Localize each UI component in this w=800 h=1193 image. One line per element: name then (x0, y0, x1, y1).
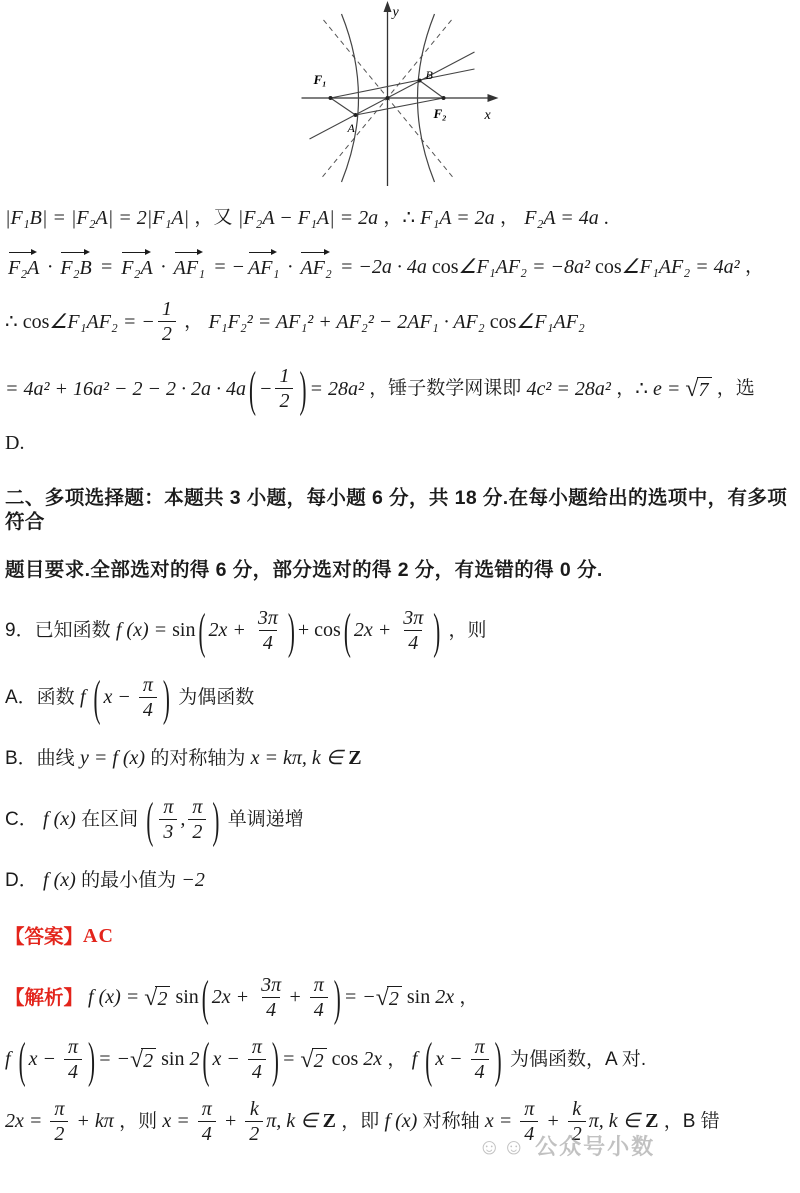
text-run: C． (5, 808, 43, 832)
solution-line-4: = 4a² + 16a² − 2 − 2 · 2a · 4a(−12)= 28a… (5, 363, 792, 415)
fraction: π4 (310, 974, 328, 1022)
option-c: C． f (x) 在区间 (π3,π2) 单调递增 (5, 794, 792, 846)
fraction-denominator: 4 (404, 630, 422, 655)
line-f1b (331, 69, 475, 98)
text-run: B．曲线 (5, 747, 80, 771)
fraction-denominator: 2 (158, 321, 176, 346)
option-d: D． f (x) 的最小值为 −2 (5, 868, 792, 894)
text-run: x = (485, 1109, 517, 1134)
text-run: f (x) = (116, 618, 172, 643)
text-run: x − (104, 685, 136, 710)
fraction-denominator: 2 (245, 1121, 263, 1146)
left-paren: ( (94, 667, 101, 729)
text-run: cos (327, 1047, 359, 1072)
text-run: , (180, 807, 185, 832)
fraction-numerator: k (568, 1098, 585, 1121)
text-run: 2x (358, 1047, 382, 1072)
text-run: + kπ (71, 1109, 113, 1134)
text-run: 单调递增 (222, 808, 303, 832)
text-run: Z (348, 746, 361, 771)
fraction-denominator: 2 (188, 819, 206, 844)
text-run: 为偶函数 (173, 686, 254, 710)
text-run: = − (344, 985, 376, 1010)
fraction-numerator: 1 (158, 298, 176, 321)
text-run: − (259, 377, 273, 402)
text-run: cos (595, 255, 622, 280)
text-run: D. (5, 431, 24, 456)
text-run: + (541, 1109, 565, 1134)
right-paren: ) (433, 600, 440, 662)
fraction: k2 (245, 1098, 263, 1146)
fraction: π4 (198, 1098, 216, 1146)
text-run: f (412, 1047, 423, 1072)
fraction: π2 (188, 796, 206, 844)
text-run: 2x + (354, 618, 396, 643)
fraction-numerator: π (159, 796, 177, 819)
vector: F₂A (121, 253, 152, 281)
text-run: Z (645, 1109, 658, 1134)
fraction: π4 (520, 1098, 538, 1146)
square-root: √2 (376, 986, 402, 1010)
text-run: sin (170, 985, 198, 1010)
text-run: ∠F₁AF₂ (516, 310, 585, 335)
question-9: 9．已知函数 f (x) = sin(2x + 3π4)+ cos(2x + 3… (5, 605, 792, 657)
text-run: ， (382, 1048, 412, 1072)
text-run: + (219, 1109, 243, 1134)
fraction: 3π4 (399, 607, 427, 655)
text-run: = (95, 255, 119, 280)
text-run: ，则 (443, 619, 486, 643)
radicand: 2 (141, 1048, 156, 1072)
fraction-denominator: 4 (248, 1059, 266, 1084)
text-run: |F₁B| = |F₂A| = 2|F₁A| (5, 206, 189, 231)
text-run: ，B 错 (658, 1110, 719, 1134)
solution-line-3: ∴ cos∠F₁AF₂ = −12 ， F₁F₂² = AF₁² + AF₂² … (5, 296, 792, 348)
y-axis-arrow-icon (384, 1, 392, 12)
solution-line-1: |F₁B| = |F₂A| = 2|F₁A| ，又 |F₂A − F₁A| = … (5, 205, 792, 231)
text-run: 的对称轴为 (145, 747, 251, 771)
text-run: AC (83, 924, 114, 949)
hyperbola-svg: y x F₁ F₂ A B (283, 0, 503, 190)
left-paren: ( (202, 967, 209, 1029)
fraction: π4 (64, 1036, 82, 1084)
text-run: cos (432, 255, 459, 280)
fraction: π4 (248, 1036, 266, 1084)
text-run: 9．已知函数 (5, 619, 116, 643)
text-run: 为偶函数，A 对. (505, 1048, 646, 1072)
right-paren: ) (88, 1029, 95, 1091)
label-f1: F₁ (313, 72, 327, 87)
fraction-numerator: π (520, 1098, 538, 1121)
right-paren: ) (334, 967, 341, 1029)
text-run: ∠F₁AF₂ = −8a² (459, 255, 595, 280)
fraction: k2 (568, 1098, 586, 1146)
text-run: |F₂A − F₁A| = 2a (238, 206, 378, 231)
text-run: π, k ∈ (266, 1109, 322, 1134)
fraction-denominator: 4 (198, 1121, 216, 1146)
text-run: F₁A = 2a (420, 206, 495, 231)
left-paren: ( (202, 1029, 209, 1091)
fraction: 12 (275, 365, 293, 413)
fraction: π3 (159, 796, 177, 844)
text-run: sin (402, 985, 430, 1010)
text-run: f (x) (43, 807, 76, 832)
fraction-numerator: 1 (275, 365, 293, 388)
fraction: 3π4 (257, 974, 285, 1022)
text-run: ， (740, 255, 764, 279)
text-run: f (x) (43, 868, 76, 893)
answer: 【答案】AC (5, 924, 792, 950)
text-run: x − (29, 1047, 61, 1072)
right-paren: ) (163, 667, 170, 729)
left-paren: ( (344, 600, 351, 662)
radicand: 2 (312, 1048, 327, 1072)
text-run: sin (156, 1047, 184, 1072)
vector: F₂A (8, 253, 39, 281)
text-run: 2x (430, 985, 454, 1010)
fraction: 12 (158, 298, 176, 346)
label-b: B (426, 68, 434, 82)
fraction-numerator: π (188, 796, 206, 819)
fraction-numerator: 3π (257, 974, 285, 997)
text-run: = 28a² (309, 377, 364, 402)
fraction-denominator: 4 (139, 697, 157, 722)
text-run: 在区间 (76, 808, 144, 832)
label-f2: F₂ (433, 106, 447, 121)
text-run: ，又 (189, 206, 238, 230)
point-b (418, 79, 422, 83)
square-root: √2 (144, 986, 170, 1010)
text-run: ， (179, 310, 209, 334)
fraction-numerator: π (471, 1036, 489, 1059)
fraction: π2 (50, 1098, 68, 1146)
right-paren: ) (288, 600, 295, 662)
fraction-denominator: 4 (471, 1059, 489, 1084)
x-axis-arrow-icon (488, 94, 499, 102)
text-run: 二、多项选择题：本题共 3 小题，每小题 6 分，共 18 分.在每小题给出的选… (5, 486, 792, 535)
text-run: 对称轴 (417, 1110, 485, 1134)
vector: F₂B (60, 253, 91, 281)
text-run: . (599, 206, 609, 231)
analysis-line-2: f (x − π4)= −√2 sin 2(x − π4)= √2 cos 2x… (5, 1034, 792, 1086)
text-run: ，选 (712, 377, 755, 401)
right-paren: ) (299, 358, 306, 420)
text-run: + (288, 985, 307, 1010)
text-run: ∠F₁AF₂ = 4a² (622, 255, 740, 280)
text-run: · (156, 255, 171, 280)
section-heading-1: 二、多项选择题：本题共 3 小题，每小题 6 分，共 18 分.在每小题给出的选… (5, 486, 792, 535)
text-run: Z (323, 1109, 336, 1134)
page: { "colors": { "accent_red": "#e3241b", "… (0, 0, 800, 1193)
text-run: e = (653, 377, 685, 402)
vector: AF₂ (300, 253, 331, 281)
text-run: 【解析】 (5, 986, 83, 1010)
option-b: B．曲线 y = f (x) 的对称轴为 x = kπ, k ∈ Z (5, 746, 792, 772)
right-paren: ) (272, 1029, 279, 1091)
left-paren: ( (425, 1029, 432, 1091)
left-paren: ( (198, 600, 205, 662)
analysis-line-3: 2x = π2 + kπ ，则 x = π4 + k2π, k ∈ Z ，即 f… (5, 1096, 792, 1148)
text-run: π, k ∈ (589, 1109, 645, 1134)
text-run: ， (454, 986, 478, 1010)
content-lines: |F₁B| = |F₂A| = 2|F₁A| ，又 |F₂A − F₁A| = … (0, 205, 800, 1148)
text-run: 2x + (208, 618, 250, 643)
radicand: 7 (697, 377, 712, 401)
square-root: √2 (130, 1048, 156, 1072)
square-root: √7 (685, 377, 711, 401)
text-run: f (x) = (83, 985, 144, 1010)
fraction: π4 (471, 1036, 489, 1084)
fraction-numerator: π (248, 1036, 266, 1059)
fraction-numerator: 3π (254, 607, 282, 630)
text-run: y = f (x) (80, 746, 145, 771)
solution-line-2: F₂A · F₂B = F₂A · AF₁ = −AF₁ · AF₂ = −2a… (5, 253, 792, 281)
fraction-denominator: 4 (64, 1059, 82, 1084)
text-run: x = kπ, k ∈ (251, 746, 349, 771)
text-run: 的最小值为 (76, 869, 182, 893)
label-a: A (347, 121, 356, 135)
text-run: 4c² = 28a² (527, 377, 611, 402)
text-run: · (282, 255, 297, 280)
fraction-numerator: π (310, 974, 328, 997)
text-run: 2x = (5, 1109, 47, 1134)
left-paren: ( (19, 1029, 26, 1091)
text-run: ∴ (635, 377, 653, 402)
section-heading-2: 题目要求.全部选对的得 6 分，部分选对的得 2 分，有选错的得 0 分. (5, 557, 792, 583)
option-a: A．函数 f (x − π4) 为偶函数 (5, 672, 792, 724)
text-run: F₁F₂² = AF₁² + AF₂² − 2AF₁ · AF₂ (208, 310, 489, 335)
text-run: f (x) (385, 1109, 418, 1134)
text-run: x − (435, 1047, 467, 1072)
text-run: sin (172, 618, 195, 643)
fraction: π4 (139, 674, 157, 722)
text-run: + cos (298, 618, 341, 643)
fraction-denominator: 4 (310, 997, 328, 1022)
text-run: −2 (181, 868, 205, 893)
text-run: ，锤子数学网课即 (364, 377, 527, 401)
vector: AF₁ (174, 253, 205, 281)
text-run: = 4a² + 16a² − 2 − 2 · 2a · 4a (5, 377, 246, 402)
hyperbola-figure: y x F₁ F₂ A B (0, 0, 800, 190)
text-run: x = (162, 1109, 194, 1134)
text-run: cos (490, 310, 517, 335)
label-y: y (391, 5, 400, 20)
text-run: ∴ (402, 206, 420, 231)
point-f1 (329, 96, 333, 100)
text-run: ，即 (336, 1110, 385, 1134)
square-root: √2 (300, 1048, 326, 1072)
text-run: 【答案】 (5, 925, 83, 949)
text-run: ， (611, 377, 635, 401)
fraction: 3π4 (254, 607, 282, 655)
solution-line-5: D. (5, 430, 792, 456)
fraction-denominator: 4 (520, 1121, 538, 1146)
analysis-line-1: 【解析】 f (x) = √2 sin(2x + 3π4+ π4)= −√2 s… (5, 972, 792, 1024)
fraction-numerator: 3π (399, 607, 427, 630)
text-run: = − (208, 255, 245, 280)
left-paren: ( (249, 358, 256, 420)
text-run: ，则 (114, 1110, 163, 1134)
label-x: x (484, 108, 492, 123)
text-run: = − (98, 1047, 130, 1072)
text-run: · (42, 255, 57, 280)
vector: AF₁ (248, 253, 279, 281)
text-run: f (5, 1047, 16, 1072)
text-run: F₂A = 4a (524, 206, 599, 231)
point-origin (386, 96, 390, 100)
fraction-numerator: π (198, 1098, 216, 1121)
text-run: 题目要求.全部选对的得 6 分，部分选对的得 2 分，有选错的得 0 分. (5, 558, 603, 582)
fraction-numerator: π (139, 674, 157, 697)
right-paren: ) (495, 1029, 502, 1091)
segment-f1a (331, 98, 356, 115)
text-run: ， (378, 206, 402, 230)
fraction-denominator: 2 (50, 1121, 68, 1146)
fraction-numerator: π (64, 1036, 82, 1059)
fraction-numerator: k (246, 1098, 263, 1121)
fraction-denominator: 4 (262, 997, 280, 1022)
fraction-denominator: 4 (259, 630, 277, 655)
text-run: = (282, 1047, 301, 1072)
right-paren: ) (212, 789, 219, 851)
text-run: ∴ cos (5, 310, 49, 335)
text-run: f (80, 685, 91, 710)
text-run: A．函数 (5, 686, 80, 710)
line-aob (310, 52, 475, 139)
text-run: 2 (184, 1047, 199, 1072)
left-paren: ( (146, 789, 153, 851)
text-run: ∠F₁AF₂ = − (49, 310, 154, 335)
fraction-denominator: 2 (568, 1121, 586, 1146)
radicand: 2 (155, 986, 170, 1010)
fraction-denominator: 3 (159, 819, 177, 844)
point-f2 (442, 96, 446, 100)
text-run: D． (5, 869, 43, 893)
radicand: 2 (387, 986, 402, 1010)
text-run: 2x + (212, 985, 254, 1010)
fraction-denominator: 2 (275, 388, 293, 413)
text-run: ， (495, 206, 525, 230)
point-a (354, 113, 358, 117)
text-run: = −2a · 4a (335, 255, 432, 280)
segment-f2b (420, 81, 444, 99)
text-run: x − (212, 1047, 244, 1072)
fraction-numerator: π (50, 1098, 68, 1121)
